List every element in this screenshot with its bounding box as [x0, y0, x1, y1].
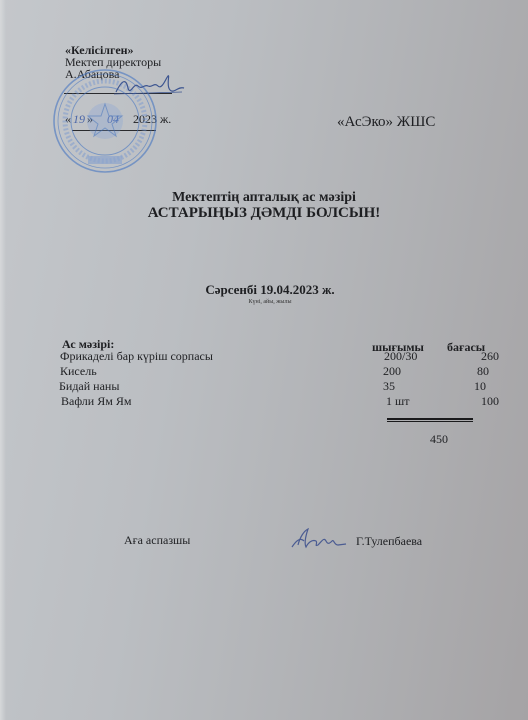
chef-name: Г.Тулепбаева [356, 534, 422, 549]
date-caption: Күні, айы, жылы [190, 299, 350, 305]
menu-row: Кисель 200 80 [0, 364, 528, 378]
menu-row: Фрикаделі бар күріш сорпасы 200/30 260 [0, 349, 528, 363]
chef-role: Аға аспазшы [124, 533, 190, 548]
menu-slogan: АСТАРЫҢЫЗ ДӘМДІ БОЛСЫН! [0, 205, 528, 222]
menu-total: 450 [430, 432, 448, 447]
dish-price: 10 [474, 379, 486, 394]
dish-portion: 200/30 [384, 349, 417, 364]
dish-price: 80 [477, 364, 489, 379]
dish-portion: 35 [383, 379, 395, 394]
dish-name: Фрикаделі бар күріш сорпасы [60, 349, 213, 364]
menu-row: Вафли Ям Ям 1 шт 100 [0, 394, 528, 408]
menu-day-date: Сәрсенбі 19.04.2023 ж. [190, 282, 350, 298]
menu-row: Бидай наны 35 10 [0, 379, 528, 393]
dish-price: 260 [481, 349, 499, 364]
dish-name: Бидай наны [59, 379, 119, 394]
dish-name: Кисель [60, 364, 97, 379]
dish-portion: 1 шт [386, 394, 409, 409]
menu-title: Мектептің апталық ас мәзірі [0, 190, 528, 206]
dish-portion: 200 [383, 364, 401, 379]
total-divider [387, 421, 473, 422]
dish-name: Вафли Ям Ям [61, 394, 131, 409]
director-signature-icon [112, 72, 192, 102]
dish-price: 100 [481, 394, 499, 409]
total-divider [387, 418, 473, 420]
chef-signature-icon [288, 527, 348, 551]
company-name: «АсЭко» ЖШС [337, 114, 435, 131]
